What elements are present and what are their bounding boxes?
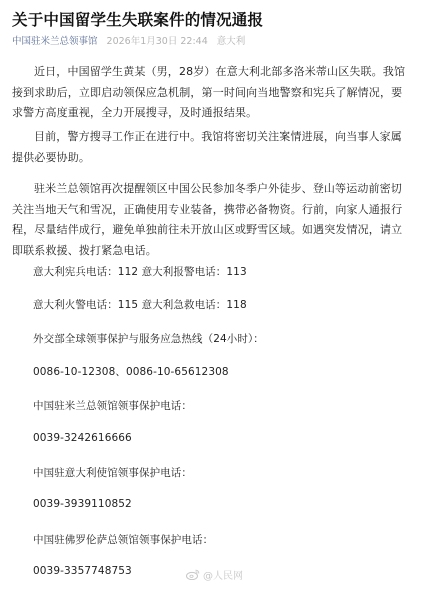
hotline-label: 外交部全球领事保护与服务应急热线（24小时）： — [33, 331, 264, 346]
emergency-numbers-line: 意大利火警电话：115 意大利急救电话：118 — [33, 297, 247, 312]
florence-consulate-label: 中国驻佛罗伦萨总领馆领事保护电话： — [33, 532, 213, 547]
article-meta: 中国驻米兰总领事馆 2026年1月30日 22:44 意大利 — [12, 33, 251, 47]
weibo-icon — [186, 569, 200, 580]
watermark-text: @人民网 — [203, 567, 243, 582]
paragraph: 驻米兰总领馆再次提醒领区中国公民参加冬季户外徒步、登山等运动前密切关注当地天气和… — [12, 179, 412, 261]
location: 意大利 — [217, 36, 246, 47]
article-title: 关于中国留学生失联案件的情况通报 — [12, 8, 263, 30]
emergency-numbers-line: 意大利宪兵电话：112 意大利报警电话：113 — [33, 264, 247, 279]
paragraph: 近日，中国留学生黄某（男，28岁）在意大利北部多洛米蒂山区失联。我馆接到求助后，… — [12, 62, 412, 124]
consulate-label: 中国驻米兰总领馆领事保护电话： — [33, 398, 192, 413]
source-link[interactable]: 中国驻米兰总领事馆 — [12, 36, 98, 47]
embassy-label: 中国驻意大利使馆领事保护电话： — [33, 465, 192, 480]
hotline-numbers: 0086-10-12308、0086-10-65612308 — [33, 364, 229, 379]
consulate-number: 0039-3242616666 — [33, 432, 132, 444]
paragraph: 目前，警方搜寻工作正在进行中。我馆将密切关注案情进展，向当事人家属提供必要协助。 — [12, 127, 412, 168]
watermark: @人民网 — [186, 567, 243, 582]
publish-date: 2026年1月30日 22:44 — [107, 36, 208, 47]
florence-consulate-number: 0039-3357748753 — [33, 565, 132, 577]
embassy-number: 0039-3939110852 — [33, 498, 132, 510]
